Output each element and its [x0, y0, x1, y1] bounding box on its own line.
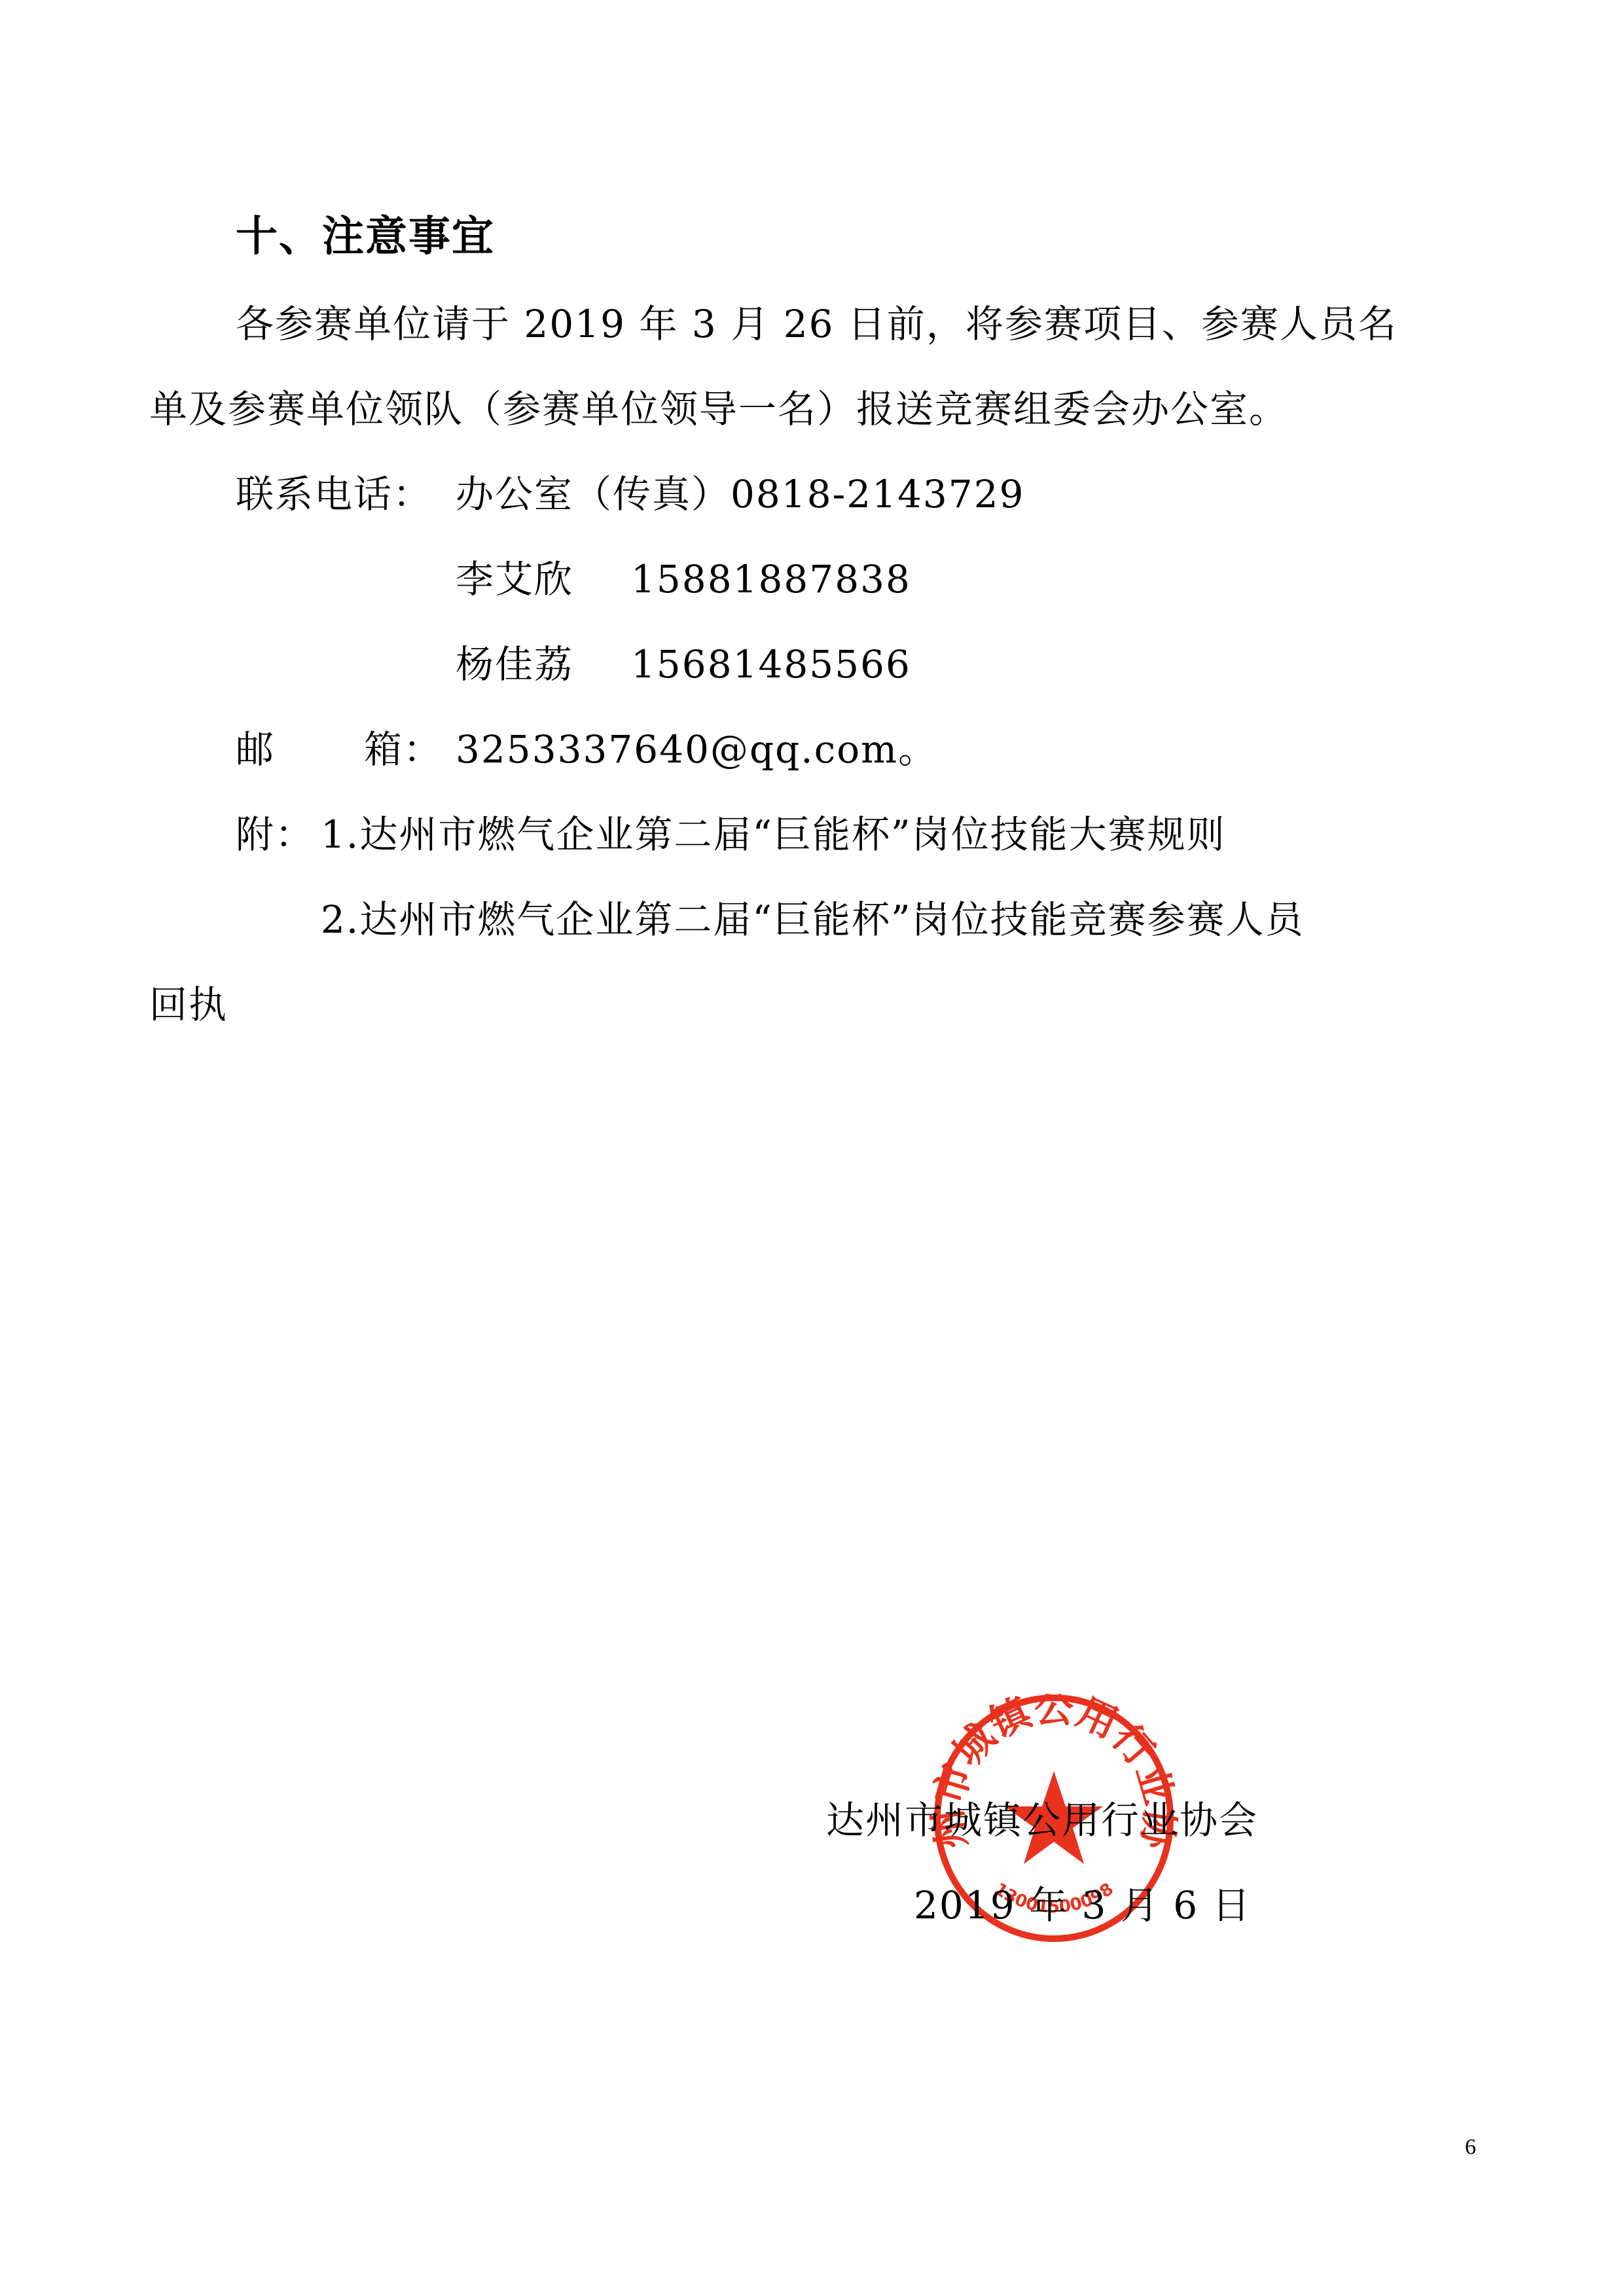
attachment-item-2: 2.达州市燃气企业第二届“巨能杯”岗位技能竞赛参赛人员	[321, 901, 1305, 939]
signature-date: 2019 年 3 月 6 日	[914, 1886, 1252, 1924]
attachment-item-2-continuation: 回执	[149, 986, 228, 1024]
email-label-part1: 邮	[236, 730, 275, 768]
contact-person-1-name: 李艾欣	[456, 560, 573, 598]
contact-person-1-phone: 15881887838	[631, 560, 911, 598]
contact-person-2-name: 杨佳荔	[456, 645, 573, 683]
section-heading: 十、注意事宜	[236, 216, 495, 258]
paragraph-line-1: 各参赛单位请于 2019 年 3 月 26 日前，将参赛项目、参赛人员名	[236, 305, 1398, 343]
attachment-item-1: 1.达州市燃气企业第二届“巨能杯”岗位技能大赛规则	[321, 816, 1226, 853]
email-label-part2: 箱：	[364, 730, 442, 768]
email-address: 3253337640@qq.com。	[456, 730, 937, 768]
signature-organization: 达州市城镇公用行业协会	[826, 1801, 1258, 1839]
contact-label: 联系电话：	[236, 475, 432, 513]
contact-person-2-phone: 15681485566	[631, 645, 911, 683]
contact-office-phone: 办公室（传真）0818-2143729	[456, 475, 1025, 513]
attachments-label: 附：	[236, 816, 314, 853]
paragraph-line-2: 单及参赛单位领队（参赛单位领导一名）报送竞赛组委会办公室。	[149, 390, 1288, 428]
page-number: 6	[1465, 2135, 1476, 2160]
